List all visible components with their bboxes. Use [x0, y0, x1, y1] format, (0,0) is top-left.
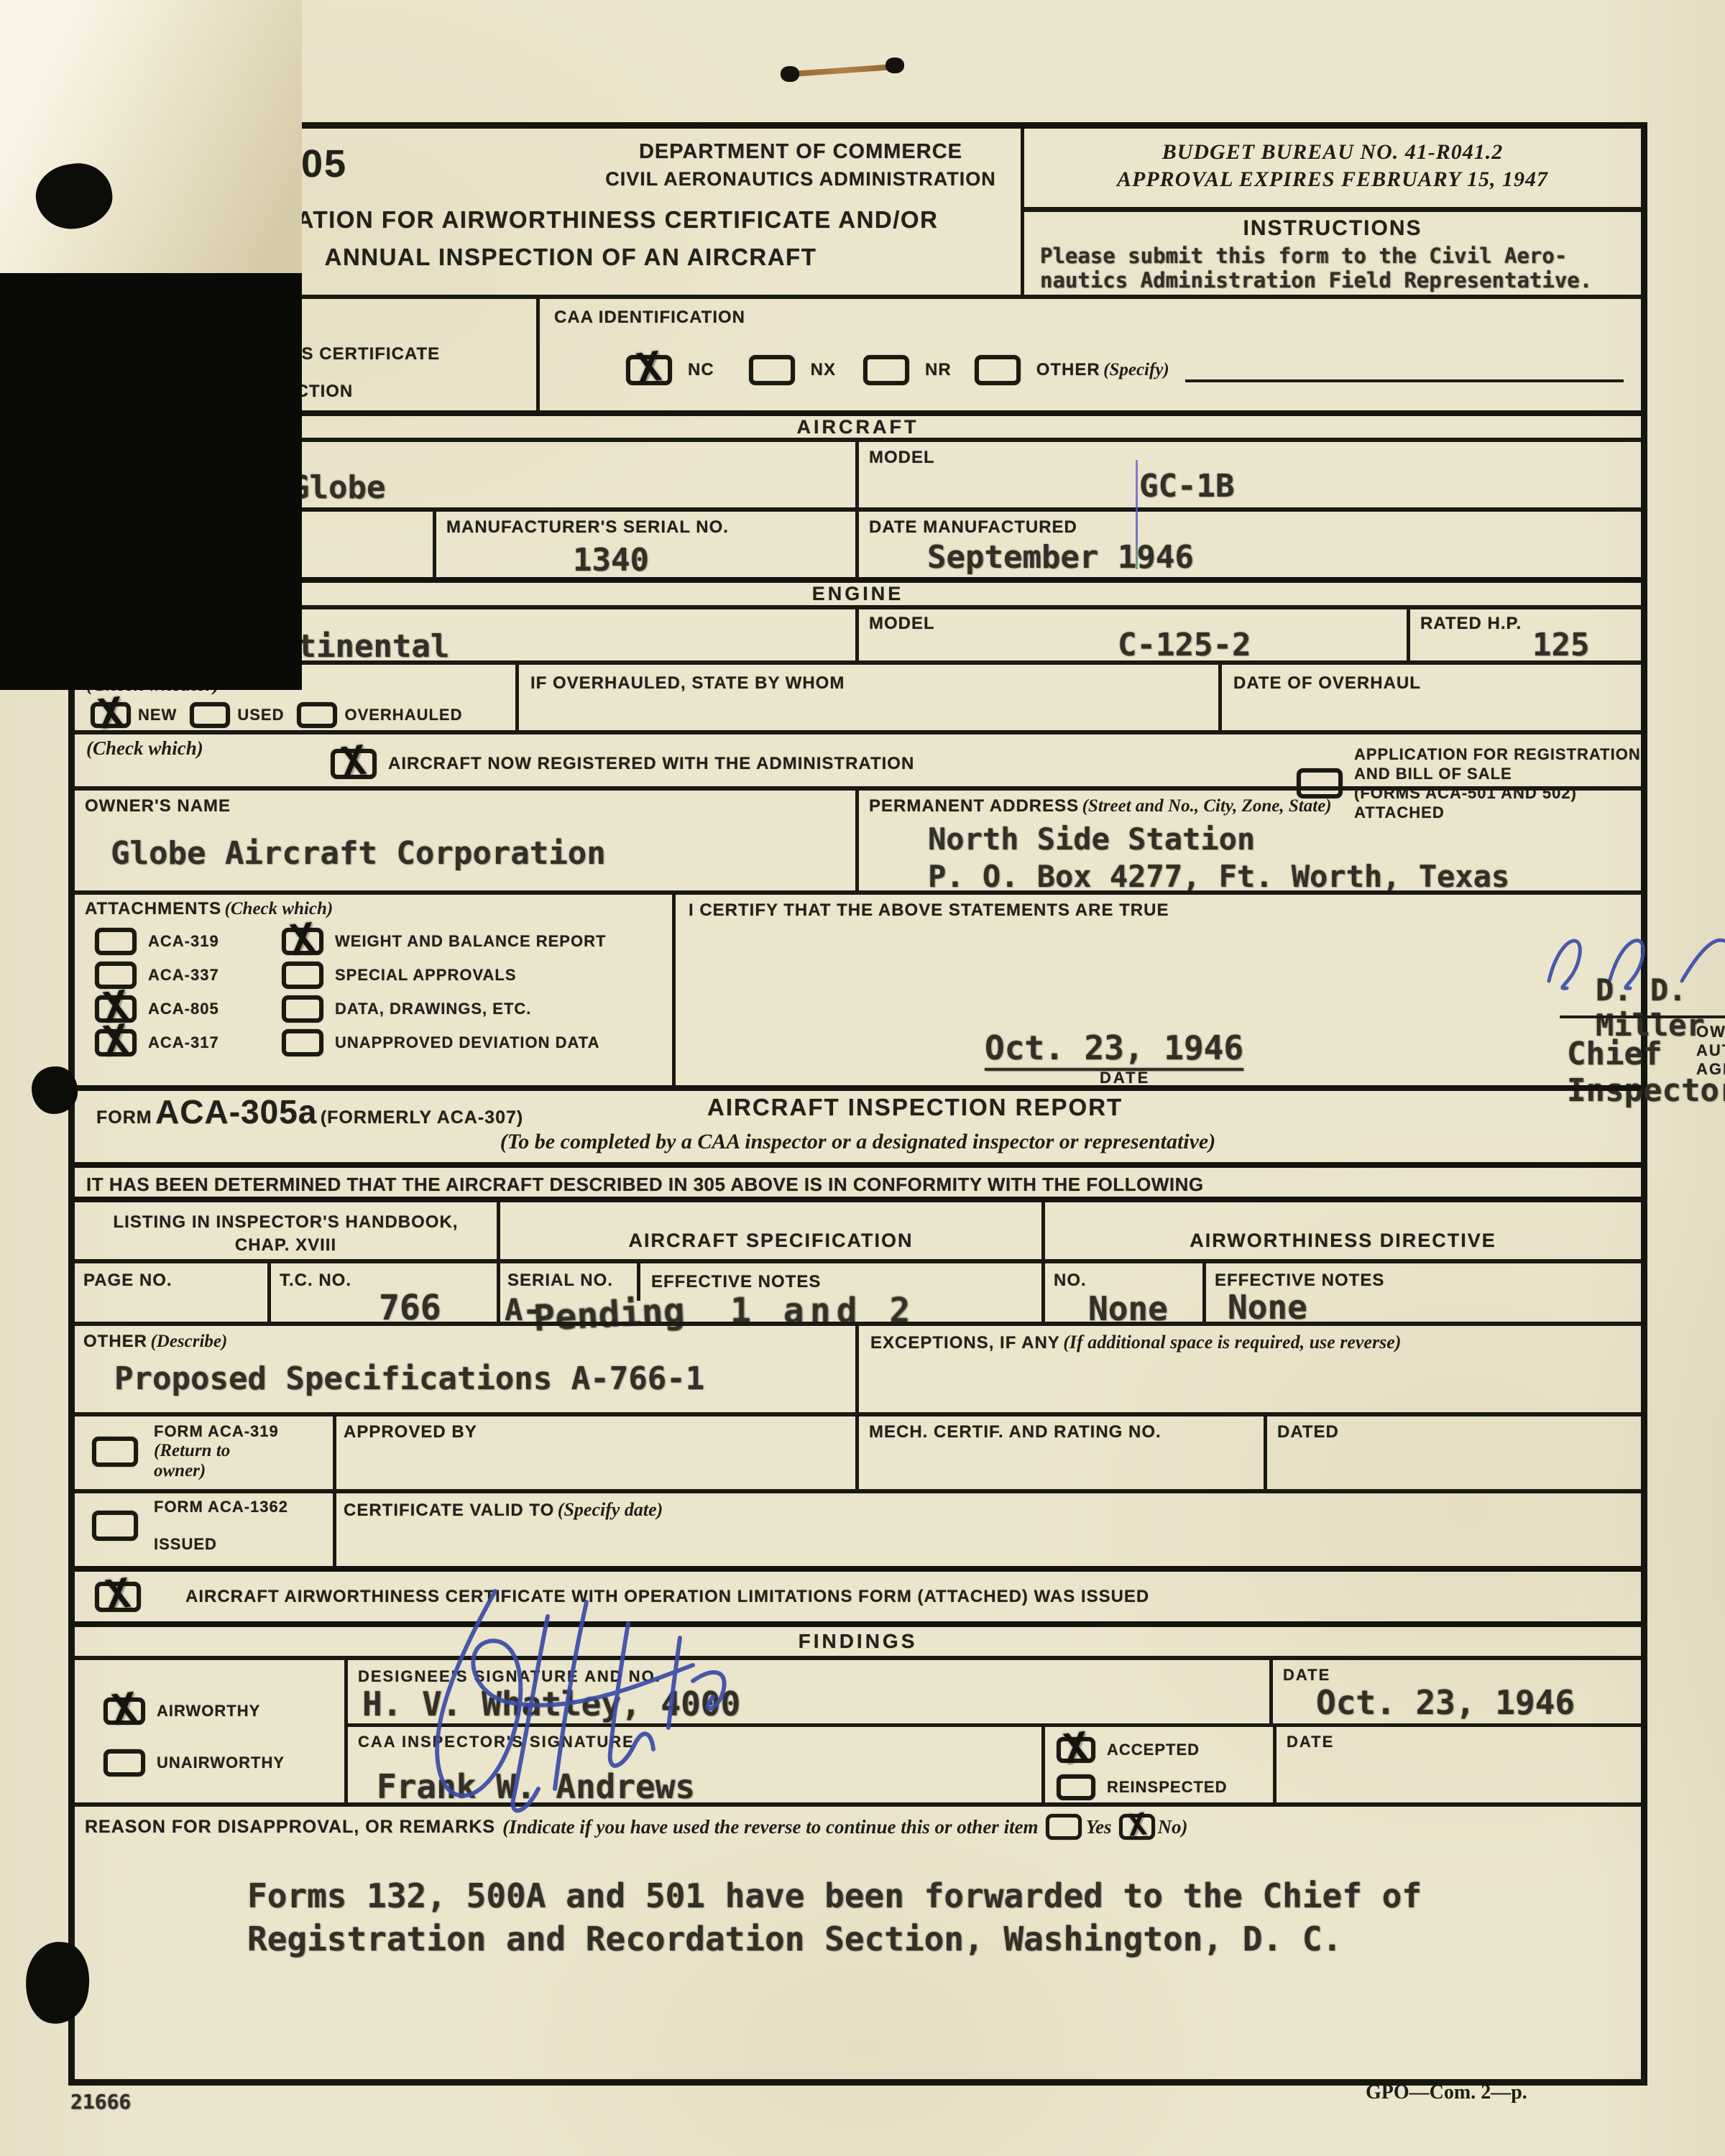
aircraft-band: AIRCRAFT: [75, 410, 1641, 438]
serial-notes-cell: SERIAL NO. A- EFFECTIVE NOTES Pending 1 …: [500, 1263, 1045, 1322]
aircraft-model-label: MODEL: [869, 448, 935, 468]
serial-cell: MANUFACTURER'S SERIAL NO. 1340: [436, 512, 859, 577]
engine-model-cell: MODEL C-125-2: [859, 609, 1410, 660]
aca1362-row-label2: ISSUED: [154, 1535, 288, 1554]
aca319-row-label3: owner): [154, 1461, 279, 1481]
attachments-label-hint: (Check which): [225, 899, 333, 918]
owner-name-cell: OWNER'S NAME Globe Aircraft Corporation: [75, 791, 859, 890]
other-specify-field[interactable]: [1185, 358, 1624, 382]
signature-typed-name: D. D. Miller: [1596, 972, 1705, 1043]
weight-balance-checkbox[interactable]: [282, 928, 323, 955]
directive-header-cell: AIRWORTHINESS DIRECTIVE: [1045, 1202, 1641, 1259]
spec-effective-notes-label: EFFECTIVE NOTES: [651, 1272, 821, 1292]
other-cell: OTHER (Describe) Proposed Specifications…: [75, 1326, 859, 1412]
other-describe-hint: (Describe): [150, 1332, 227, 1351]
spec-header: AIRCRAFT SPECIFICATION: [629, 1230, 914, 1252]
unapproved-deviation-checkbox[interactable]: [282, 1029, 323, 1056]
inspection-report-subtitle: (To be completed by a CAA inspector or a…: [75, 1130, 1641, 1154]
airworthy-label: AIRWORTHY: [157, 1702, 260, 1720]
designee-typed-name[interactable]: H. V. Whatley, 4000: [362, 1685, 740, 1723]
approved-by-label: APPROVED BY: [344, 1422, 477, 1442]
findings-rows: AIRWORTHY UNAIRWORTHY DESIGNEE'S SIGNATU…: [75, 1656, 1641, 1802]
check-which-row: (Check which) AIRCRAFT NOW REGISTERED WI…: [75, 730, 1641, 786]
aca1362-check-cell: FORM ACA-1362 ISSUED: [75, 1493, 336, 1566]
aircraft-make-value[interactable]: Globe: [290, 469, 385, 506]
nx-checkbox[interactable]: [749, 355, 795, 385]
budget-line2: APPROVAL EXPIRES FEBRUARY 15, 1947: [1024, 167, 1641, 192]
instructions-line1: Please submit this form to the Civil Aer…: [1040, 244, 1628, 268]
attachments-label: ATTACHMENTS: [85, 899, 221, 918]
designee-label: DESIGNEE'S SIGNATURE AND NO.: [358, 1667, 661, 1686]
attachments-certify-row: ATTACHMENTS (Check which) ACA-319 WEIGHT…: [75, 890, 1641, 1085]
aircraft-section-title: AIRCRAFT: [75, 416, 1641, 438]
budget-bureau-box: BUDGET BUREAU NO. 41-R041.2 APPROVAL EXP…: [1024, 129, 1641, 212]
check-whether-row: (Check whether) NEW USED OVERHAULED IF O…: [75, 660, 1641, 730]
engine-model-label: MODEL: [869, 614, 935, 634]
other-exceptions-row: OTHER (Describe) Proposed Specifications…: [75, 1322, 1641, 1412]
unapproved-deviation-label: UNAPPROVED DEVIATION DATA: [335, 1033, 599, 1052]
airworthy-checkbox[interactable]: [103, 1697, 145, 1725]
engine-new-label: NEW: [138, 706, 177, 724]
listing-header-cell: LISTING IN INSPECTOR'S HANDBOOK, CHAP. X…: [75, 1202, 500, 1259]
data-drawings-label: DATA, DRAWINGS, ETC.: [335, 1000, 531, 1018]
aircraft-model-value[interactable]: GC-1B: [1139, 468, 1234, 505]
date-manufactured-value[interactable]: September 1946: [927, 539, 1194, 576]
directive-no-cell: NO. None: [1045, 1263, 1206, 1322]
certify-statement: I CERTIFY THAT THE ABOVE STATEMENTS ARE …: [689, 900, 1169, 921]
aca305a-header-row: FORM ACA-305a (FORMERLY ACA-307) AIRCRAF…: [75, 1085, 1641, 1162]
unairworthy-label: UNAIRWORTHY: [157, 1754, 285, 1772]
reinspected-checkbox[interactable]: [1057, 1774, 1095, 1800]
engine-band: ENGINE: [75, 577, 1641, 605]
accepted-label: ACCEPTED: [1107, 1741, 1200, 1759]
stray-pen-mark: [1136, 460, 1138, 569]
findings-section-title: FINDINGS: [75, 1630, 1641, 1653]
engine-model-value[interactable]: C-125-2: [1118, 627, 1251, 663]
valid-to-hint: (Specify date): [558, 1499, 663, 1520]
tc-no-label: T.C. NO.: [280, 1271, 351, 1291]
remarks-no-checkbox[interactable]: [1119, 1814, 1155, 1840]
accepted-checkbox[interactable]: [1057, 1737, 1095, 1763]
registered-checkbox[interactable]: [331, 749, 377, 779]
owner-address-value[interactable]: North Side Station P. O. Box 4277, Ft. W…: [928, 821, 1509, 895]
remarks-row: REASON FOR DISAPPROVAL, OR REMARKS (Indi…: [75, 1802, 1641, 1807]
application-attached-label1: APPLICATION FOR REGISTRATION AND BILL OF…: [1354, 745, 1641, 783]
date-manufactured-cell: DATE MANUFACTURED September 1946: [859, 512, 1641, 577]
caa-inspector-cell: CAA INSPECTOR'S SIGNATURE Frank W. Andre…: [348, 1727, 1045, 1802]
inspection-report-title: AIRCRAFT INSPECTION REPORT: [707, 1094, 1123, 1121]
airworthy-column: AIRWORTHY UNAIRWORTHY: [75, 1660, 348, 1802]
owner-name-label: OWNER'S NAME: [85, 796, 231, 816]
engine-specs-row: MAKE Continental MODEL C-125-2 RATED H.P…: [75, 605, 1641, 660]
aca-319-label: ACA-319: [148, 932, 219, 951]
other-label: OTHER: [1036, 360, 1100, 379]
other-value[interactable]: Proposed Specifications A-766-1: [114, 1360, 704, 1397]
reinspected-label: REINSPECTED: [1107, 1778, 1227, 1797]
footer-gpo: GPO—Com. 2—p.: [1366, 2081, 1527, 2104]
aircraft-model-cell: MODEL GC-1B: [859, 442, 1641, 507]
aca319-check-cell: FORM ACA-319 (Return to owner): [75, 1416, 336, 1489]
certification-cell: I CERTIFY THAT THE ABOVE STATEMENTS ARE …: [676, 895, 1641, 1085]
305a-form-label: FORM: [96, 1107, 152, 1128]
owner-address-hint: (Street and No., City, Zone, State): [1082, 796, 1332, 816]
date-manufactured-label: DATE MANUFACTURED: [869, 517, 1077, 538]
directive-notes-value[interactable]: None: [1228, 1288, 1307, 1327]
exceptions-hint: (If additional space is required, use re…: [1063, 1332, 1401, 1353]
other-label-hint: (Specify): [1103, 360, 1169, 379]
dated-cell: DATED: [1267, 1416, 1641, 1489]
registered-label: AIRCRAFT NOW REGISTERED WITH THE ADMINIS…: [388, 754, 914, 774]
305a-formerly: (FORMERLY ACA-307): [321, 1107, 523, 1128]
aircraft-reg-row: REGISTRATION NO. 3347K MANUFACTURER'S SE…: [75, 507, 1641, 577]
directive-notes-cell: EFFECTIVE NOTES None: [1206, 1263, 1641, 1322]
aca1362-row-label1: FORM ACA-1362: [154, 1498, 288, 1516]
caa-identification-label: CAA IDENTIFICATION: [554, 308, 745, 328]
date1-label: DATE: [1283, 1666, 1330, 1685]
caa-inspector-label: CAA INSPECTOR'S SIGNATURE: [358, 1733, 635, 1751]
nr-label: NR: [925, 360, 952, 380]
remarks-no-label: No): [1158, 1816, 1188, 1838]
engine-used-label: USED: [237, 706, 284, 724]
exceptions-label: EXCEPTIONS, IF ANY: [870, 1333, 1060, 1353]
valid-to-label: CERTIFICATE VALID TO: [344, 1501, 554, 1520]
instructions-box: INSTRUCTIONS Please submit this form to …: [1024, 212, 1641, 295]
certificate-valid-to-cell: CERTIFICATE VALID TO (Specify date): [336, 1493, 1641, 1566]
budget-line1: BUDGET BUREAU NO. 41-R041.2: [1024, 140, 1641, 165]
serial-label: MANUFACTURER'S SERIAL NO.: [446, 517, 729, 538]
aca-317-checkbox[interactable]: [95, 1029, 137, 1056]
date2-label: DATE: [1287, 1733, 1334, 1751]
rated-hp-value[interactable]: 125: [1532, 627, 1589, 663]
nc-checkbox[interactable]: [626, 355, 672, 385]
findings-date2-cell: DATE: [1276, 1727, 1641, 1802]
listing-header-line2: CHAP. XVIII: [75, 1235, 497, 1256]
spec-table-values-row: PAGE NO. T.C. NO. 766 SERIAL NO. A- EFFE…: [75, 1259, 1641, 1322]
form-sheet: FORM ACA-305 (3-7-46) DEPARTMENT OF COMM…: [68, 122, 1647, 2086]
aca319-row-label2: (Return to: [154, 1441, 279, 1461]
nr-checkbox[interactable]: [863, 355, 909, 385]
signature-line[interactable]: [1560, 1015, 1725, 1018]
aca1362-row: FORM ACA-1362 ISSUED CERTIFICATE VALID T…: [75, 1489, 1641, 1566]
engine-overhauled-checkbox[interactable]: [297, 702, 337, 728]
remarks-yes-checkbox[interactable]: [1046, 1814, 1082, 1840]
special-approvals-label: SPECIAL APPROVALS: [335, 966, 517, 985]
unairworthy-checkbox[interactable]: [103, 1749, 145, 1777]
engine-overhauled-label: OVERHAULED: [344, 706, 462, 724]
designee-signature-cell: DESIGNEE'S SIGNATURE AND NO. H. V. Whatl…: [348, 1660, 1273, 1723]
aircraft-make-model-row: MAKE Globe MODEL GC-1B: [75, 438, 1641, 507]
nx-label: NX: [811, 360, 836, 380]
data-drawings-checkbox[interactable]: [282, 995, 323, 1023]
nc-label: NC: [688, 360, 714, 380]
spec-table-header-row: LISTING IN INSPECTOR'S HANDBOOK, CHAP. X…: [75, 1197, 1641, 1259]
certificate-issued-label: AIRCRAFT AIRWORTHINESS CERTIFICATE WITH …: [185, 1587, 1149, 1607]
date-of-overhaul-cell: DATE OF OVERHAUL: [1222, 665, 1641, 730]
directive-header: AIRWORTHINESS DIRECTIVE: [1190, 1230, 1496, 1252]
remarks-body[interactable]: Forms 132, 500A and 501 have been forwar…: [247, 1874, 1422, 1961]
department-line2: CIVIL AERONAUTICS ADMINISTRATION: [571, 168, 1031, 190]
instructions-line2: nautics Administration Field Representat…: [1040, 268, 1628, 292]
mech-certif-label: MECH. CERTIF. AND RATING NO.: [869, 1422, 1161, 1442]
certificate-issued-row: AIRCRAFT AIRWORTHINESS CERTIFICATE WITH …: [75, 1566, 1641, 1621]
owner-address-label: PERMANENT ADDRESS: [869, 796, 1079, 816]
owner-name-value[interactable]: Globe Aircraft Corporation: [111, 835, 606, 872]
remarks-label-hint: (Indicate if you have used the reverse t…: [502, 1816, 1038, 1838]
mech-certif-cell: MECH. CERTIF. AND RATING NO.: [859, 1416, 1267, 1489]
exceptions-cell: EXCEPTIONS, IF ANY (If additional space …: [859, 1326, 1641, 1412]
header-row: FORM ACA-305 (3-7-46) DEPARTMENT OF COMM…: [75, 129, 1641, 295]
rated-hp-label: RATED H.P.: [1420, 614, 1522, 634]
aca-805-label: ACA-805: [148, 1000, 219, 1018]
staple-rust-mark: [776, 52, 909, 88]
spec-serial-label: SERIAL NO.: [507, 1271, 613, 1291]
header-right: BUDGET BUREAU NO. 41-R041.2 APPROVAL EXP…: [1024, 129, 1641, 295]
remarks-yes-label: Yes: [1086, 1816, 1112, 1838]
certify-date-value[interactable]: Oct. 23, 1946: [985, 1028, 1243, 1067]
serial-value[interactable]: 1340: [573, 542, 649, 579]
aca-337-label: ACA-337: [148, 966, 219, 985]
folded-corner: [0, 0, 302, 273]
check-which-label: (Check which): [86, 737, 203, 760]
aca-319-checkbox[interactable]: [95, 928, 137, 955]
engine-used-checkbox[interactable]: [190, 702, 230, 728]
owner-address-cell: PERMANENT ADDRESS (Street and No., City,…: [859, 791, 1641, 890]
remarks-label: REASON FOR DISAPPROVAL, OR REMARKS: [85, 1817, 495, 1838]
findings-date1-cell: DATE Oct. 23, 1946: [1273, 1660, 1641, 1723]
findings-band: FINDINGS: [75, 1621, 1641, 1656]
weight-balance-label: WEIGHT AND BALANCE REPORT: [335, 932, 606, 951]
305a-form-number: ACA-305a: [155, 1093, 317, 1130]
engine-new-checkbox[interactable]: [91, 702, 131, 728]
tc-no-cell: T.C. NO. 766: [271, 1263, 500, 1322]
footer-serial: 21666: [70, 2090, 131, 2114]
special-approvals-checkbox[interactable]: [282, 962, 323, 989]
directive-no-label: NO.: [1054, 1271, 1087, 1291]
listing-header-line1: LISTING IN INSPECTOR'S HANDBOOK,: [75, 1212, 497, 1233]
engine-section-title: ENGINE: [75, 583, 1641, 605]
other-describe-label: OTHER: [83, 1332, 147, 1351]
caa-identification-cell: CAA IDENTIFICATION NC NX NR OTHER (Speci…: [540, 299, 1641, 410]
approved-by-cell: APPROVED BY: [336, 1416, 859, 1489]
aca319-return-checkbox[interactable]: [92, 1437, 138, 1467]
certificate-issued-checkbox[interactable]: [95, 1582, 141, 1612]
conformity-statement: IT HAS BEEN DETERMINED THAT THE AIRCRAFT…: [75, 1168, 1204, 1197]
date-of-overhaul-label: DATE OF OVERHAUL: [1233, 673, 1421, 694]
application-row: APPLICATION (Check) AIRWORTHINESS CERTIF…: [75, 295, 1641, 410]
overhauled-by-cell: IF OVERHAULED, STATE BY WHOM: [519, 665, 1222, 730]
conformity-row: IT HAS BEEN DETERMINED THAT THE AIRCRAFT…: [75, 1162, 1641, 1197]
other-checkbox[interactable]: [975, 355, 1021, 385]
dated-label: DATED: [1277, 1422, 1339, 1442]
spec-header-cell: AIRCRAFT SPECIFICATION: [500, 1202, 1045, 1259]
owner-row: OWNER'S NAME Globe Aircraft Corporation …: [75, 786, 1641, 890]
date1-value[interactable]: Oct. 23, 1946: [1316, 1683, 1575, 1722]
aca319-row: FORM ACA-319 (Return to owner) APPROVED …: [75, 1412, 1641, 1489]
instructions-title: INSTRUCTIONS: [1024, 216, 1641, 241]
accepted-reinspected-cell: ACCEPTED REINSPECTED: [1045, 1727, 1276, 1802]
caa-inspector-typed-name[interactable]: Frank W. Andrews: [377, 1767, 695, 1806]
page-no-label: PAGE NO.: [83, 1271, 172, 1291]
page-no-cell: PAGE NO.: [75, 1263, 271, 1322]
rated-hp-cell: RATED H.P. 125: [1410, 609, 1641, 660]
hole-punch-mark: [32, 1067, 78, 1114]
attachments-cell: ATTACHMENTS (Check which) ACA-319 WEIGHT…: [75, 895, 676, 1085]
department-line1: DEPARTMENT OF COMMERCE: [571, 140, 1031, 164]
aca-317-label: ACA-317: [148, 1033, 219, 1052]
overhauled-by-label: IF OVERHAULED, STATE BY WHOM: [530, 673, 845, 694]
aca1362-issued-checkbox[interactable]: [92, 1511, 138, 1541]
aca319-row-label1: FORM ACA-319: [154, 1422, 279, 1441]
